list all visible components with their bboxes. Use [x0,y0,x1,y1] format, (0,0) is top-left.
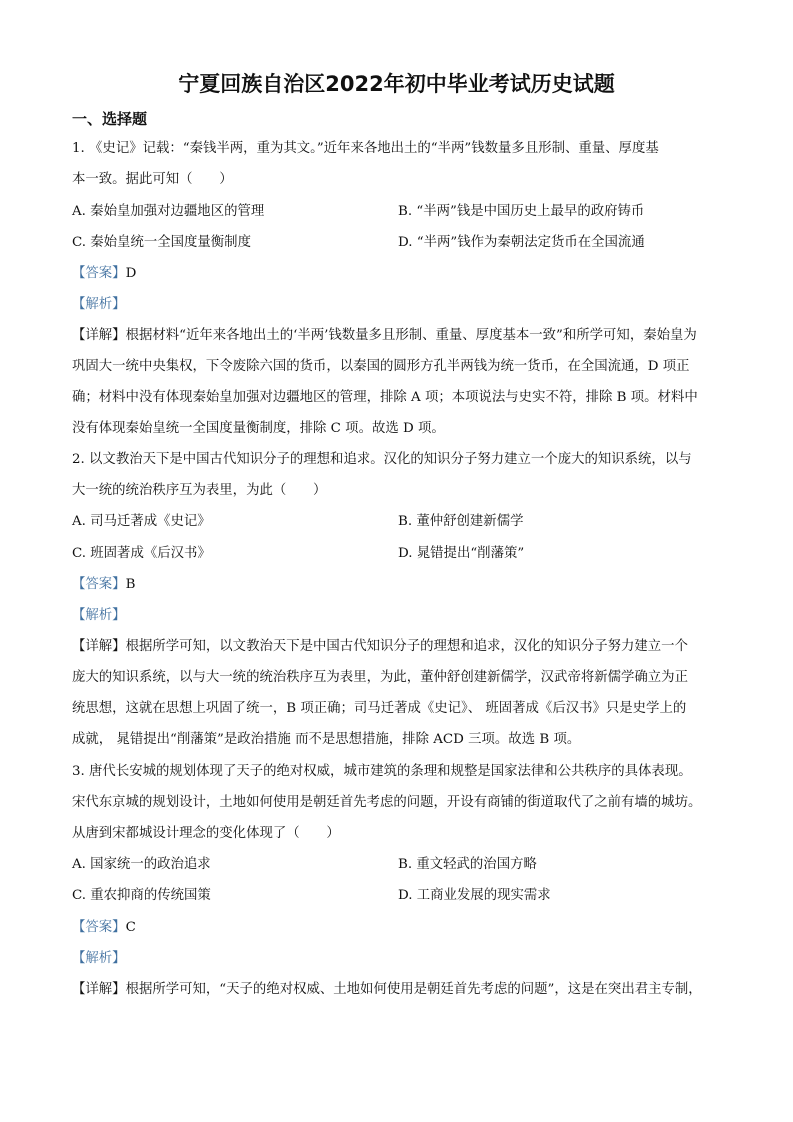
answer-value: D [126,266,137,281]
answer-label: 【答案】 [72,920,126,935]
q1-answer: 【答案】D [72,265,136,283]
detail-text: 根据所学可知，“天子的绝对权威、土地如何使用是朝廷首先考虑的问题”，这是在突出君… [126,982,702,997]
q3-option-a: A. 国家统一的政治追求 [72,856,211,874]
q3-stem-line-2: 宋代东京城的规划设计，土地如何使用是朝廷首先考虑的问题，开设有商铺的街道取代了之… [72,794,701,812]
q1-option-b: B. “半两”钱是中国历史上最早的政府铸币 [398,203,644,221]
q2-option-a: A. 司马迁著成《史记》 [72,513,211,531]
q3-detail-line-1: 【详解】根据所学可知，“天子的绝对权威、土地如何使用是朝廷首先考虑的问题”，这是… [72,981,702,999]
q1-option-c: C. 秦始皇统一全国度量衡制度 [72,234,251,252]
answer-label: 【答案】 [72,577,126,592]
q1-detail-line-1: 【详解】根据材料“近年来各地出土的‘半两’钱数量多且形制、重量、厚度基本一致”和… [72,327,697,345]
q2-stem-line-2: 大一统的统治秩序互为表里，为此（ ） [72,482,326,500]
q2-detail-line-4: 成就， 晁错提出“削藩策”是政治措施 而不是思想措施，排除 ACD 三项。故选 … [72,731,580,749]
q3-stem-line-1: 3. 唐代长安城的规划体现了天子的绝对权威，城市建筑的条理和规整是国家法律和公共… [72,763,692,781]
q2-answer: 【答案】B [72,576,135,594]
q1-stem-line-1: 1. 《史记》记载：“秦钱半两，重为其文。”近年来各地出土的“半两”钱数量多且形… [72,140,659,158]
q2-detail-line-3: 统思想，这就在思想上巩固了统一，B 项正确；司马迁著成《史记》、 班固著成《后汉… [72,700,686,718]
q1-stem-line-2: 本一致。据此可知（ ） [72,171,233,189]
q1-analysis-label: 【解析】 [72,296,126,314]
q2-stem-line-1: 2. 以文教治天下是中国古代知识分子的理想和追求。汉化的知识分子努力建立一个庞大… [72,451,692,469]
document-title: 宁夏回族自治区2022年初中毕业考试历史试题 [0,68,793,98]
q2-option-c: C. 班固著成《后汉书》 [72,545,211,563]
q3-analysis-label: 【解析】 [72,950,126,968]
q1-detail-line-2: 巩固大一统中央集权，下令废除六国的货币，以秦国的圆形方孔半两钱为统一货币，在全国… [72,358,690,376]
answer-value: C [126,920,136,935]
answer-value: B [126,577,136,592]
q2-detail-line-1: 【详解】根据所学可知，以文教治天下是中国古代知识分子的理想和追求，汉化的知识分子… [72,638,688,656]
q1-option-a: A. 秦始皇加强对边疆地区的管理 [72,203,264,221]
q3-option-d: D. 工商业发展的现实需求 [398,887,551,905]
q1-detail-line-3: 确；材料中没有体现秦始皇加强对边疆地区的管理，排除 A 项；本项说法与史实不符，… [72,389,698,407]
q2-analysis-label: 【解析】 [72,607,126,625]
detail-label: 【详解】 [72,328,126,343]
q3-stem-line-3: 从唐到宋都城设计理念的变化体现了（ ） [72,825,340,843]
q1-detail-line-4: 没有体现秦始皇统一全国度量衡制度，排除 C 项。故选 D 项。 [72,420,445,438]
document-page: 宁夏回族自治区2022年初中毕业考试历史试题 一、选择题 1. 《史记》记载：“… [0,0,793,1122]
q2-detail-line-2: 庞大的知识系统，以与大一统的统治秩序互为表里，为此，董仲舒创建新儒学，汉武帝将新… [72,669,688,687]
q3-option-c: C. 重农抑商的传统国策 [72,887,211,905]
detail-label: 【详解】 [72,982,126,997]
q1-option-d: D. “半两”钱作为秦朝法定货币在全国流通 [398,234,645,252]
q2-option-b: B. 董仲舒创建新儒学 [398,513,523,531]
detail-label: 【详解】 [72,639,126,654]
q3-answer: 【答案】C [72,919,136,937]
q3-option-b: B. 重文轻武的治国方略 [398,856,537,874]
detail-text: 根据材料“近年来各地出土的‘半两’钱数量多且形制、重量、厚度基本一致”和所学可知… [126,328,697,343]
detail-text: 根据所学可知，以文教治天下是中国古代知识分子的理想和追求，汉化的知识分子努力建立… [126,639,688,654]
section-heading: 一、选择题 [72,108,147,129]
answer-label: 【答案】 [72,266,126,281]
q2-option-d: D. 晁错提出“削藩策” [398,545,524,563]
